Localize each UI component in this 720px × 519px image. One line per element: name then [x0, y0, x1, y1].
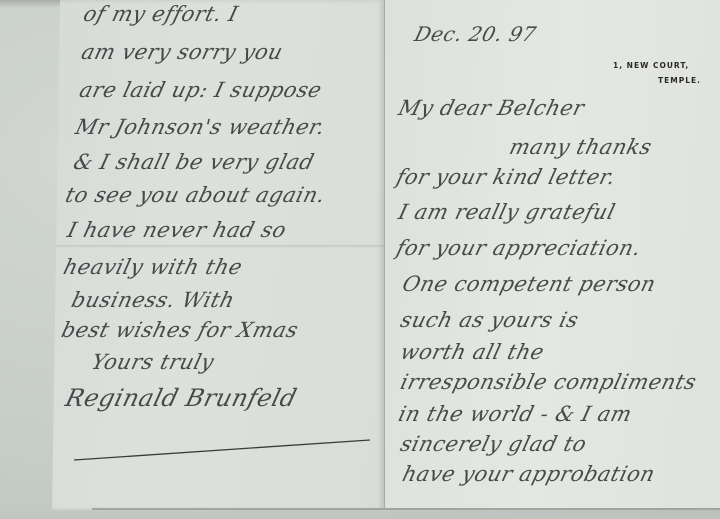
handwritten-line: in the world - & I am — [396, 402, 635, 426]
handwritten-line: have your approbation — [400, 462, 658, 486]
letter: of my effort. I am very sorry you are la… — [52, 0, 720, 510]
handwritten-line: sincerely glad to — [398, 432, 589, 456]
handwritten-line: One competent person — [400, 272, 658, 296]
letterhead-address-line2: TEMPLE. — [658, 76, 701, 85]
handwritten-line: I have never had so — [65, 218, 289, 242]
handwritten-line: worth all the — [398, 340, 547, 364]
handwritten-line: & I shall be very glad — [71, 150, 317, 174]
handwritten-line: of my effort. I — [81, 2, 241, 26]
handwritten-line: I am really grateful — [396, 200, 618, 224]
handwritten-line: many thanks — [507, 135, 654, 159]
salutation: My dear Belcher — [396, 96, 587, 120]
letter-page-left: of my effort. I am very sorry you are la… — [52, 0, 385, 510]
frame-bottom — [0, 509, 720, 519]
handwritten-line: best wishes for Xmas — [59, 318, 301, 342]
handwritten-line: for your appreciation. — [394, 236, 644, 260]
fold-crease — [52, 245, 384, 248]
handwritten-line: for your kind letter. — [394, 165, 618, 189]
handwritten-line: are laid up: I suppose — [77, 78, 324, 102]
handwritten-line: am very sorry you — [79, 40, 286, 64]
letter-page-right: Dec. 20. 97 1, NEW COURT, TEMPLE. My dea… — [385, 0, 720, 510]
handwritten-line: business. With — [69, 288, 237, 312]
handwritten-line: Mr Johnson's weather. — [73, 115, 328, 139]
handwritten-line: to see you about again. — [63, 183, 328, 207]
signature: Reginald Brunfeld — [63, 384, 300, 412]
handwritten-line: heavily with the — [61, 255, 245, 279]
handwritten-line: irresponsible compliments — [398, 370, 699, 394]
handwritten-line: such as yours is — [398, 308, 581, 332]
letter-date: Dec. 20. 97 — [412, 22, 539, 46]
letterhead-address-line1: 1, NEW COURT, — [613, 61, 689, 70]
signature-underline — [72, 436, 372, 466]
handwritten-line: Yours truly — [89, 350, 217, 374]
